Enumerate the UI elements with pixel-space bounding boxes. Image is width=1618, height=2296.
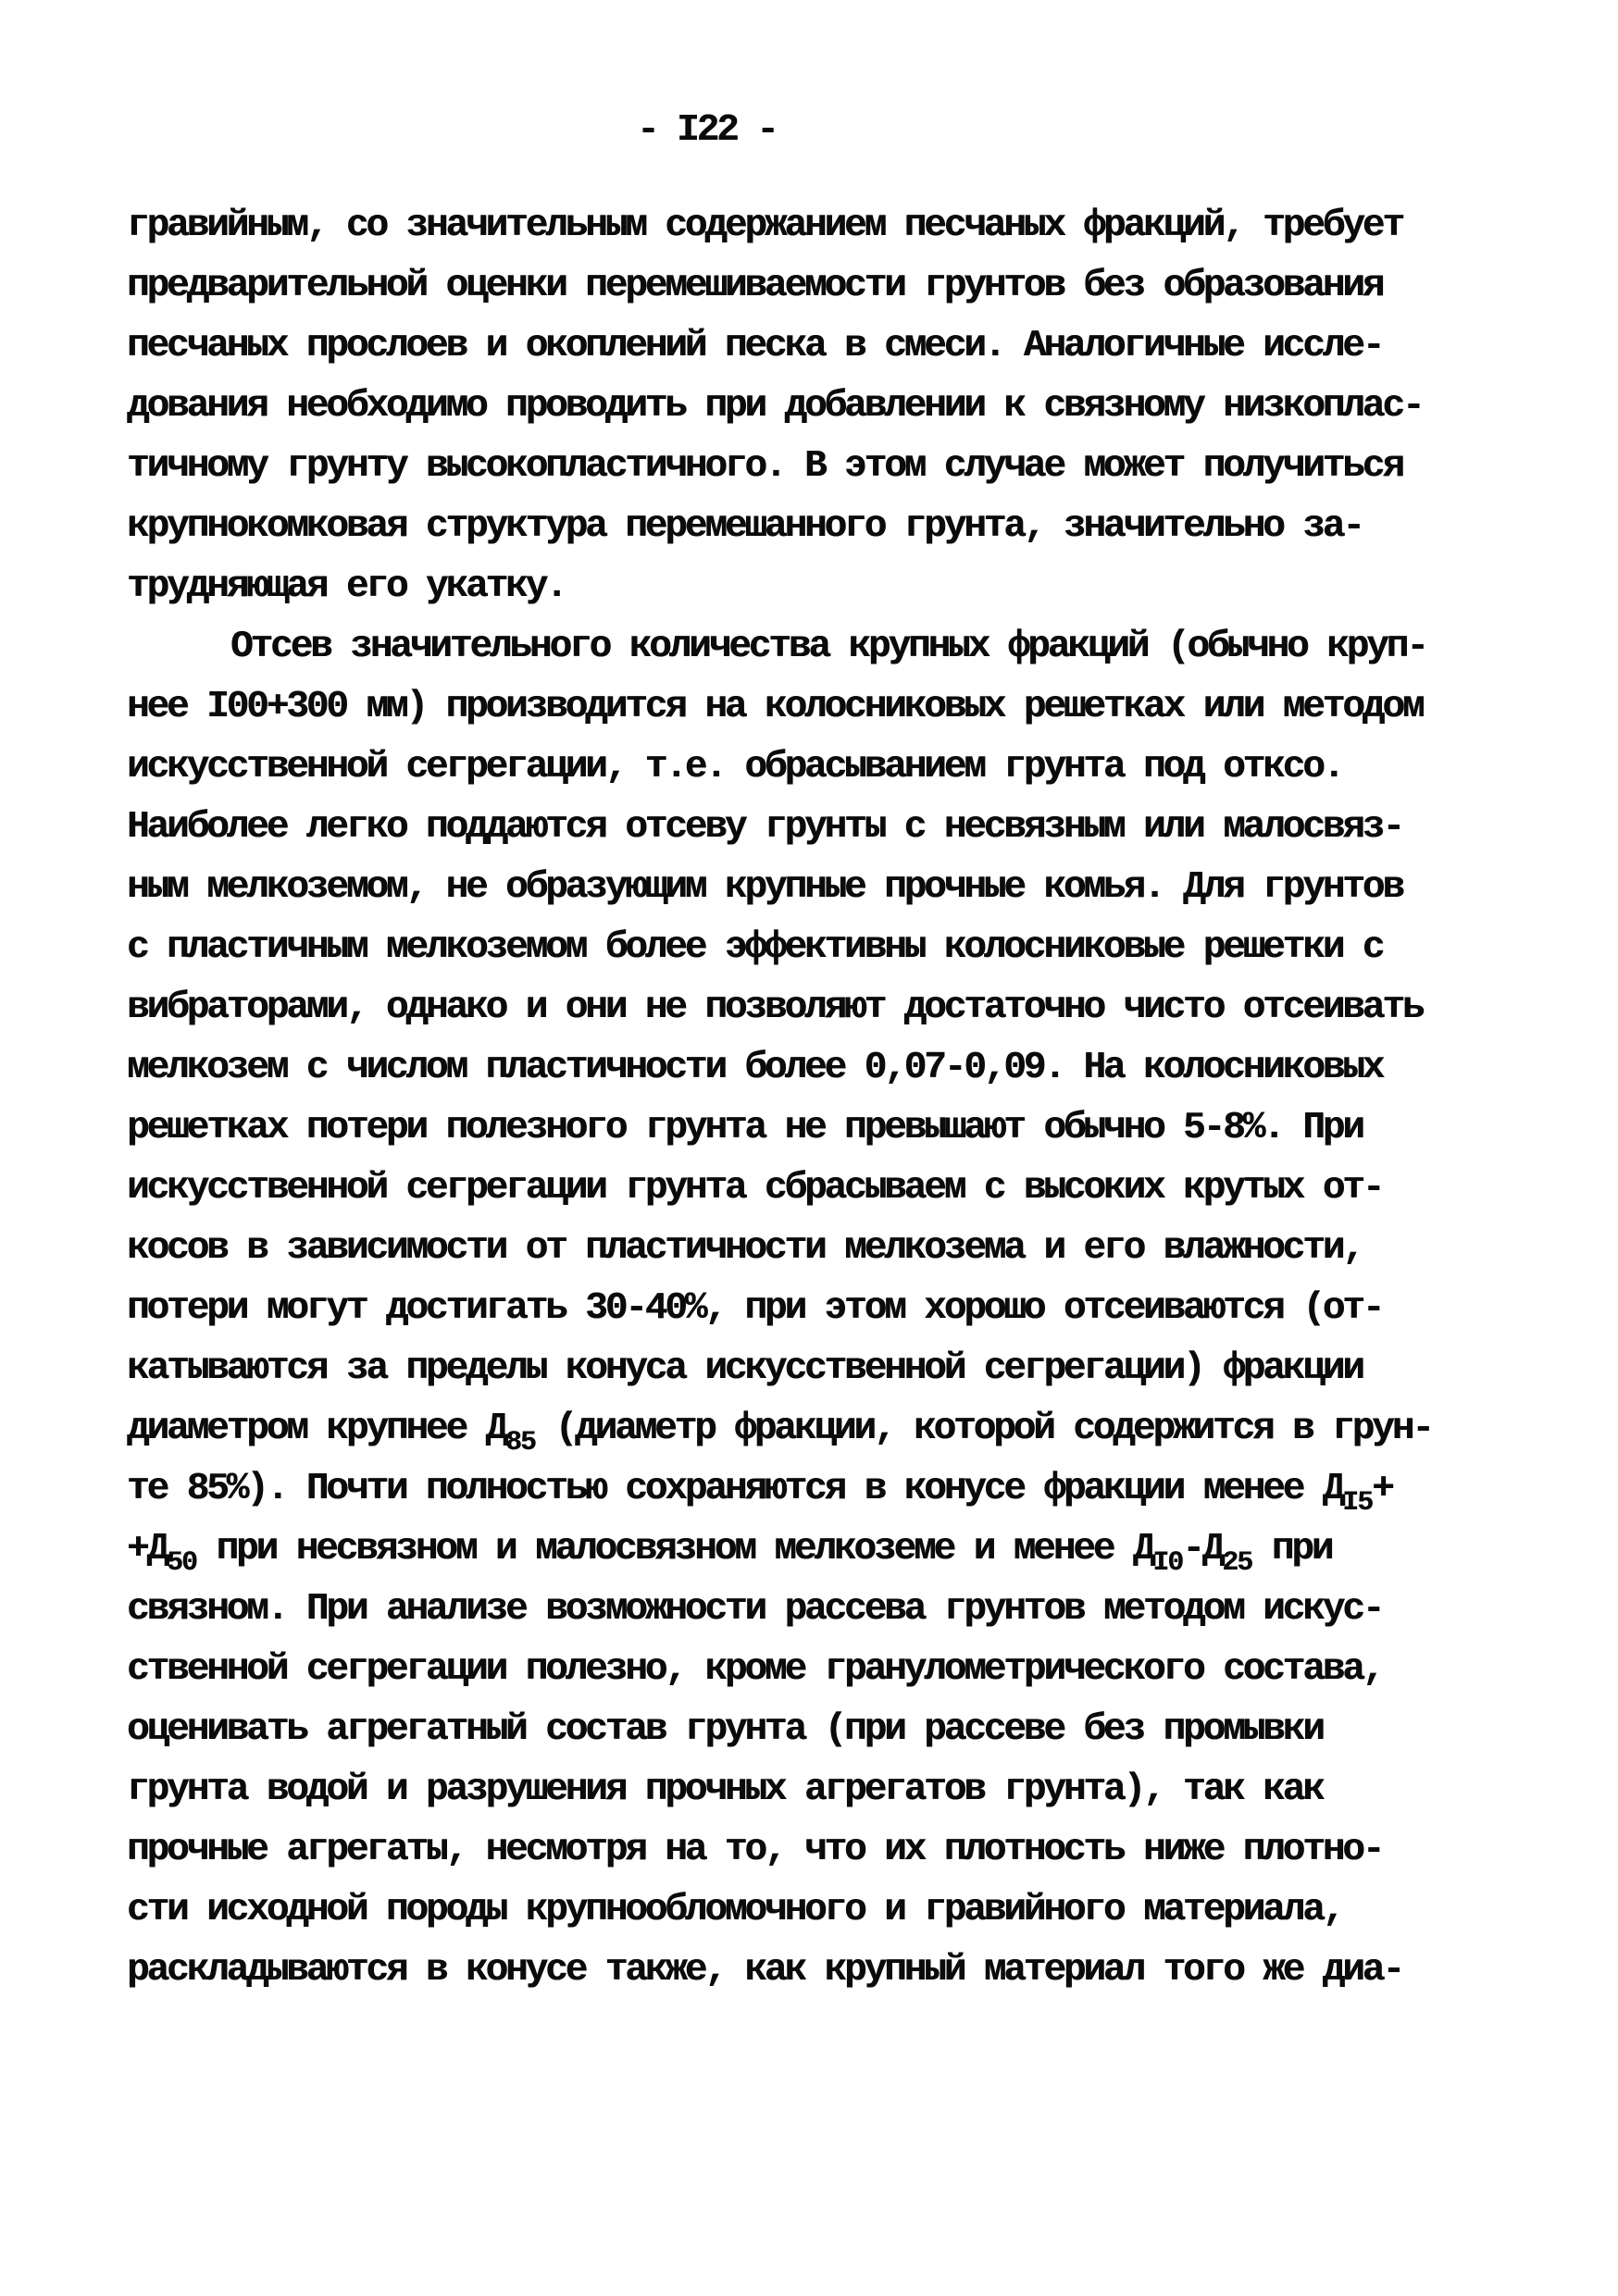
text-line: потери могут достигать 30-40%, при этом … [127, 1279, 1497, 1339]
text-line: гравийным, со значительным содержанием п… [127, 196, 1497, 256]
text-line: катываются за пределы конуса искусственн… [127, 1339, 1497, 1399]
text-line: с пластичным мелкоземом более эффективны… [127, 918, 1497, 978]
text-line: оценивать агрегатный состав грунта (при … [127, 1700, 1497, 1760]
text-line: связном. При анализе возможности рассева… [127, 1580, 1497, 1640]
text-line: диаметром крупнее Д85 (диаметр фракции, … [127, 1399, 1497, 1459]
subscript-index: 85 [505, 1426, 535, 1458]
text-line: Отсев значительного количества крупных ф… [127, 617, 1497, 677]
document-body: гравийным, со значительным содержанием п… [127, 196, 1497, 2001]
text-line: дования необходимо проводить при добавле… [127, 377, 1497, 437]
text-line: ственной сегрегации полезно, кроме грану… [127, 1640, 1497, 1700]
text-line: сти исходной породы крупнообломочного и … [127, 1880, 1497, 1941]
subscript-index: I5 [1342, 1486, 1372, 1518]
text-line: решетках потери полезного грунта не прев… [127, 1098, 1497, 1159]
text-line: Наиболее легко поддаются отсеву грунты с… [127, 798, 1497, 858]
text-line: раскладываются в конусе также, как крупн… [127, 1941, 1497, 2001]
subscript-index: 50 [167, 1546, 196, 1578]
text-line: ным мелкоземом, не образующим крупные пр… [127, 858, 1497, 918]
text-line: косов в зависимости от пластичности мелк… [127, 1219, 1497, 1279]
text-line: вибраторами, однако и они не позволяют д… [127, 978, 1497, 1038]
text-line: песчаных прослоев и окоплений песка в см… [127, 316, 1497, 377]
text-line: грунта водой и разрушения прочных агрега… [127, 1760, 1497, 1820]
text-line: предварительной оценки перемешиваемости … [127, 256, 1497, 316]
text-line: трудняющая его укатку. [127, 557, 1497, 617]
text-line: мелкозем с числом пластичности более 0,0… [127, 1038, 1497, 1098]
text-line: крупнокомковая структура перемешанного г… [127, 497, 1497, 557]
page-number: - I22 - [637, 109, 777, 152]
text-line: искусственной сегрегации, т.е. обрасыван… [127, 738, 1497, 798]
text-line: те 85%). Почти полностью сохраняются в к… [127, 1459, 1497, 1520]
subscript-index: I0 [1152, 1546, 1182, 1578]
text-line: нее I00+300 мм) производится на колосник… [127, 677, 1497, 738]
subscript-index: 25 [1222, 1546, 1251, 1578]
text-line: тичному грунту высокопластичного. В этом… [127, 437, 1497, 497]
text-line: прочные агрегаты, несмотря на то, что их… [127, 1820, 1497, 1880]
document-page: - I22 - гравийным, со значительным содер… [0, 0, 1618, 2296]
text-line: искусственной сегрегации грунта сбрасыва… [127, 1159, 1497, 1219]
text-line: +Д50 при несвязном и малосвязном мелкозе… [127, 1520, 1497, 1580]
